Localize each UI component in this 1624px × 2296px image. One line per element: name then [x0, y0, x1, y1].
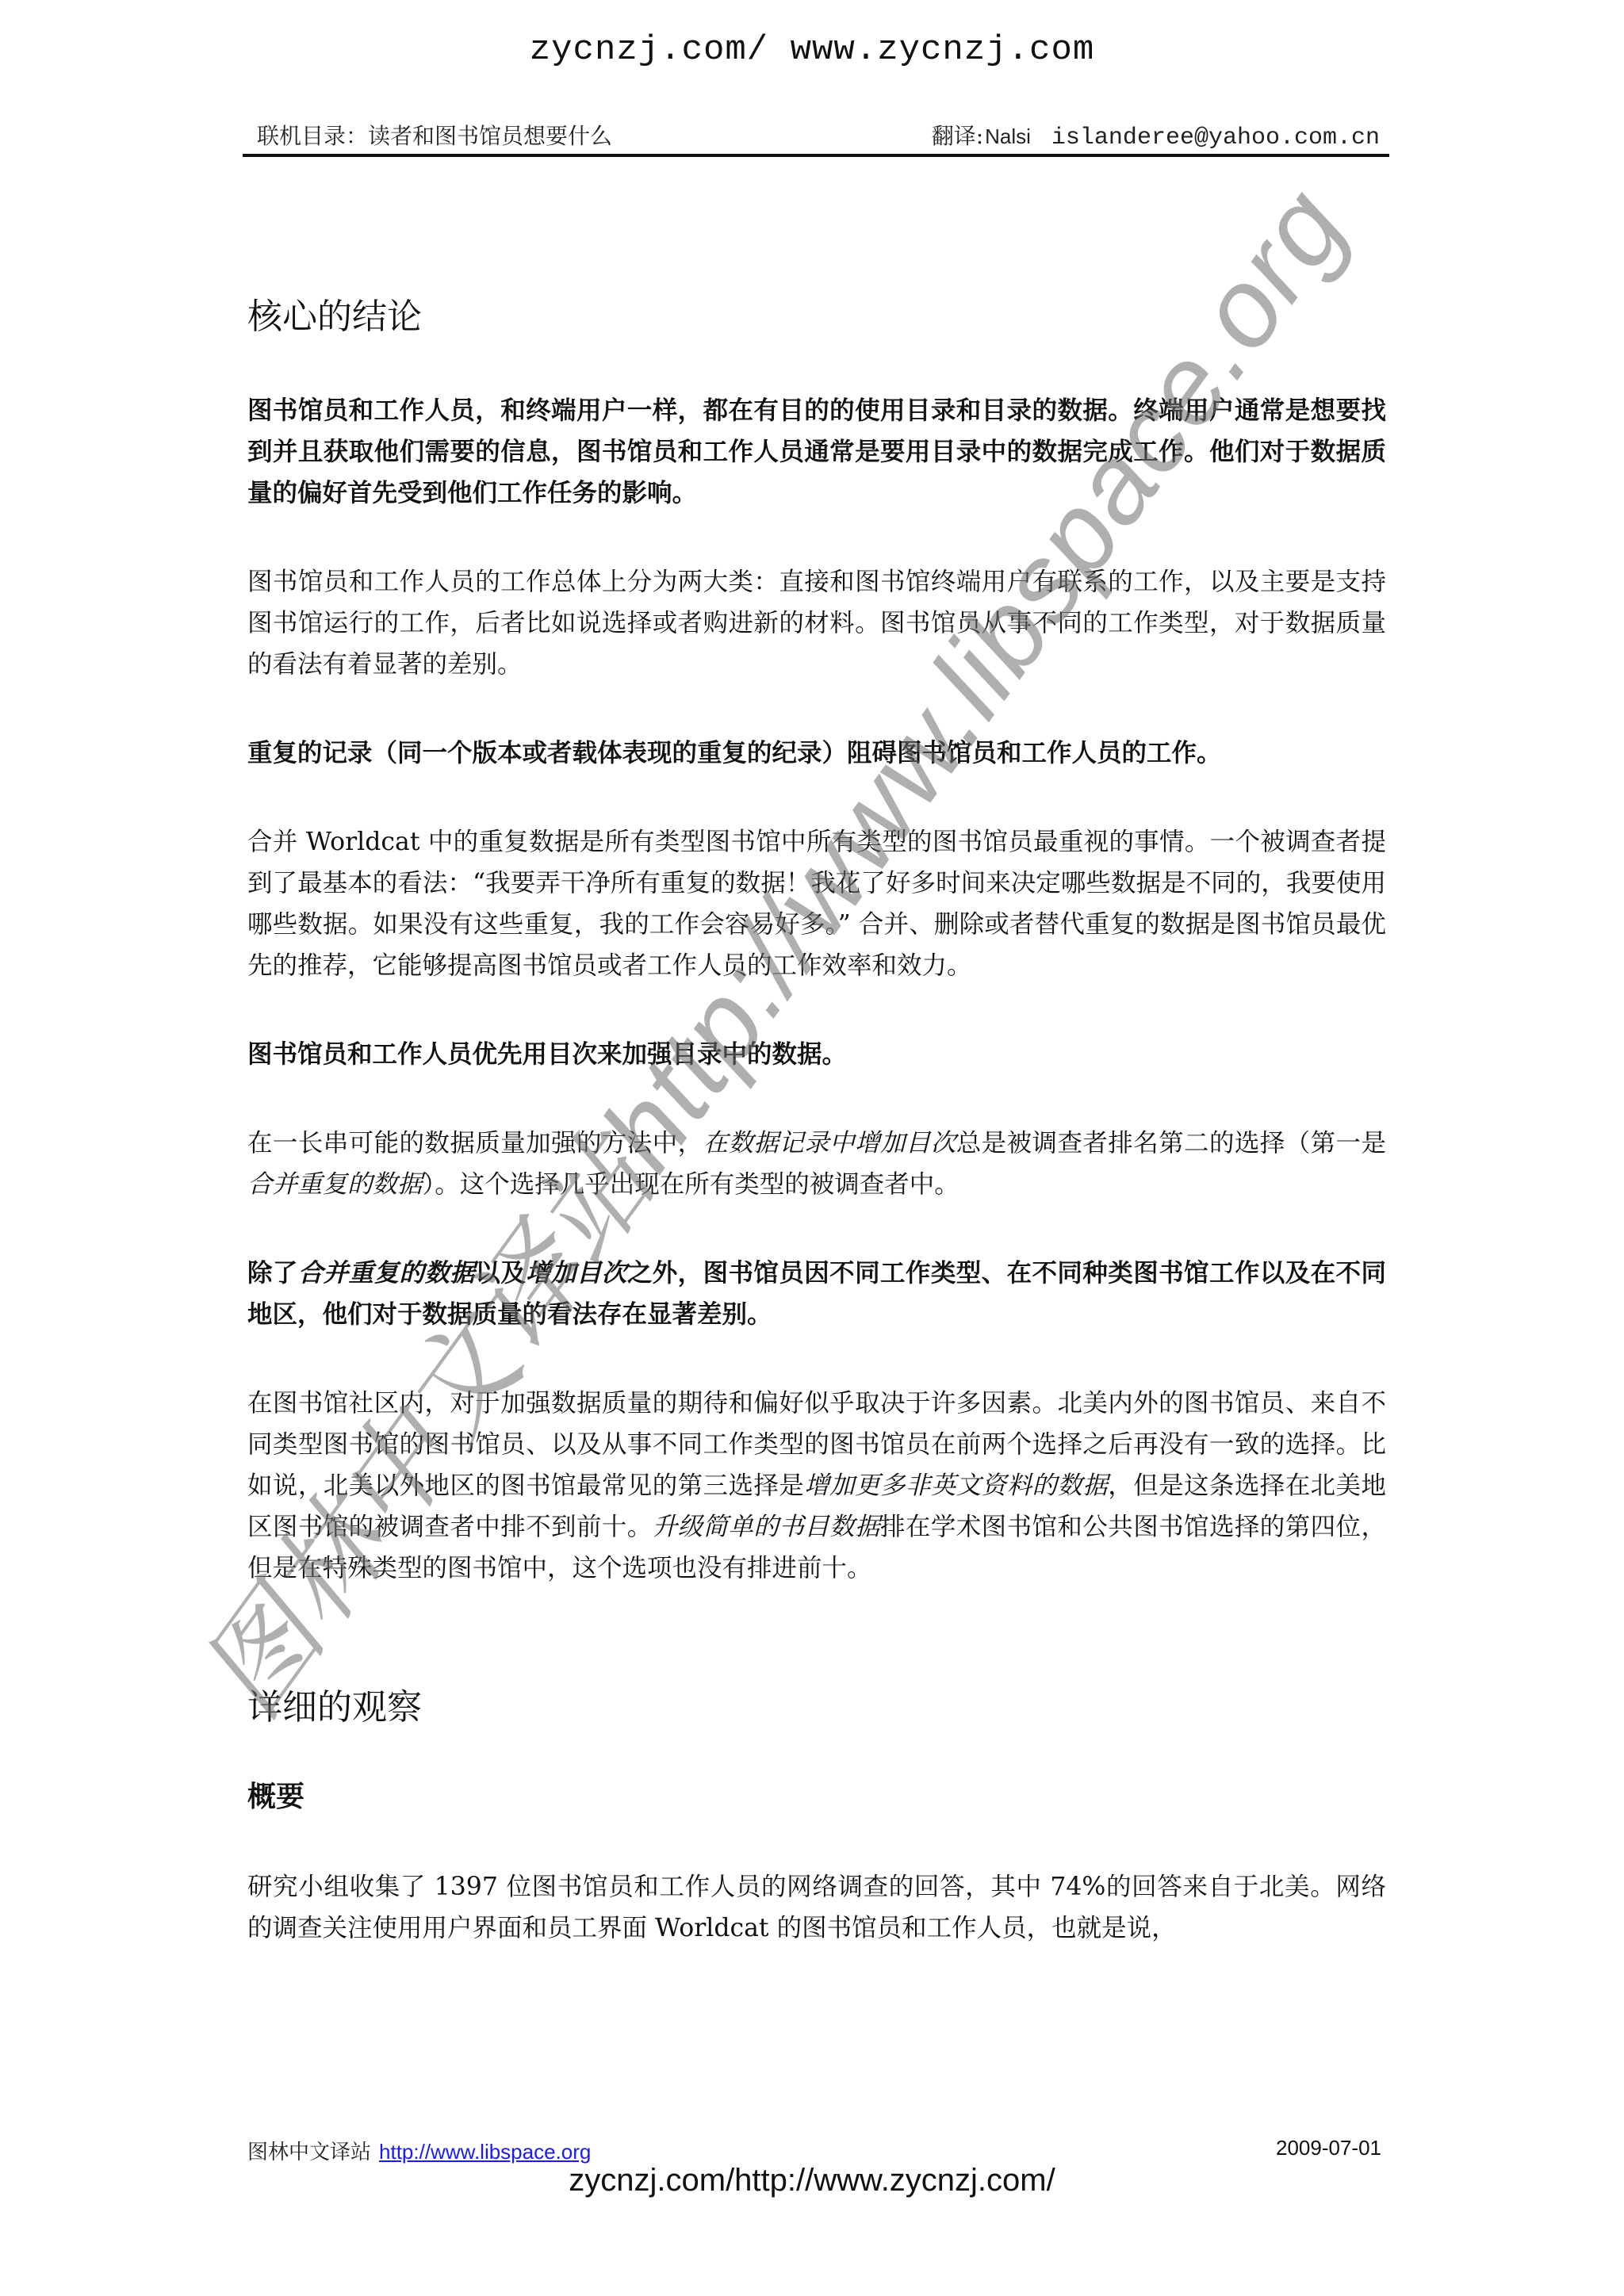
- section-heading-core-conclusions: 核心的结论: [247, 293, 1386, 341]
- emphasis: 合并重复的数据: [247, 1170, 423, 1199]
- emphasis: 增加更多非英文资料的数据: [804, 1471, 1108, 1500]
- translator-name: Nalsi: [985, 124, 1031, 148]
- footer-date: 2009-07-01: [1276, 2136, 1381, 2160]
- running-header: 联机目录：读者和图书馆员想要什么 翻译:Nalsiislanderee@yaho…: [252, 119, 1386, 155]
- footer-site-link[interactable]: http://www.libspace.org: [379, 2140, 591, 2164]
- section-heading-detailed-observations: 详细的观察: [247, 1684, 1386, 1732]
- paragraph-6: 在一长串可能的数据质量加强的方法中，在数据记录中增加目次总是被调查者排名第二的选…: [247, 1123, 1386, 1205]
- translator-email: islanderee@yahoo.com.cn: [1051, 124, 1380, 151]
- paragraph-7: 除了合并重复的数据以及增加目次之外，图书馆员因不同工作类型、在不同种类图书馆工作…: [247, 1253, 1386, 1335]
- subheading-overview: 概要: [247, 1777, 1386, 1817]
- paragraph-4: 合并 Worldcat 中的重复数据是所有类型图书馆中所有类型的图书馆员最重视的…: [247, 821, 1386, 986]
- paragraph-2: 图书馆员和工作人员的工作总体上分为两大类：直接和图书馆终端用户有联系的工作，以及…: [247, 561, 1386, 685]
- document-body: 核心的结论 图书馆员和工作人员，和终端用户一样，都在有目的的使用目录和目录的数据…: [247, 293, 1386, 1949]
- paragraph-9: 研究小组收集了 1397 位图书馆员和工作人员的网络调查的回答，其中 74%的回…: [247, 1866, 1386, 1949]
- emphasis: 增加目次: [526, 1259, 627, 1288]
- paragraph-1: 图书馆员和工作人员，和终端用户一样，都在有目的的使用目录和目录的数据。终端用户通…: [247, 390, 1386, 514]
- translator-label: 翻译:: [932, 123, 983, 149]
- document-title: 联机目录：读者和图书馆员想要什么: [257, 119, 612, 151]
- translator-info: 翻译:Nalsiislanderee@yahoo.com.cn: [932, 119, 1380, 151]
- header-divider: [243, 154, 1389, 157]
- emphasis: 在数据记录中增加目次: [703, 1129, 956, 1158]
- paragraph-5: 图书馆员和工作人员优先用目次来加强目录中的数据。: [247, 1034, 1386, 1075]
- bottom-url-banner: zycnzj.com/http://www.zycnzj.com/: [0, 2163, 1624, 2198]
- top-url-banner: zycnzj.com/ www.zycnzj.com: [0, 30, 1624, 70]
- emphasis: 升级简单的书目数据: [653, 1513, 880, 1541]
- paragraph-8: 在图书馆社区内，对于加强数据质量的期待和偏好似乎取决于许多因素。北美内外的图书馆…: [247, 1383, 1386, 1589]
- footer-site-name: 图林中文译站: [247, 2141, 371, 2164]
- emphasis: 合并重复的数据: [298, 1259, 475, 1288]
- paragraph-3: 重复的记录（同一个版本或者载体表现的重复的纪录）阻碍图书馆员和工作人员的工作。: [247, 733, 1386, 774]
